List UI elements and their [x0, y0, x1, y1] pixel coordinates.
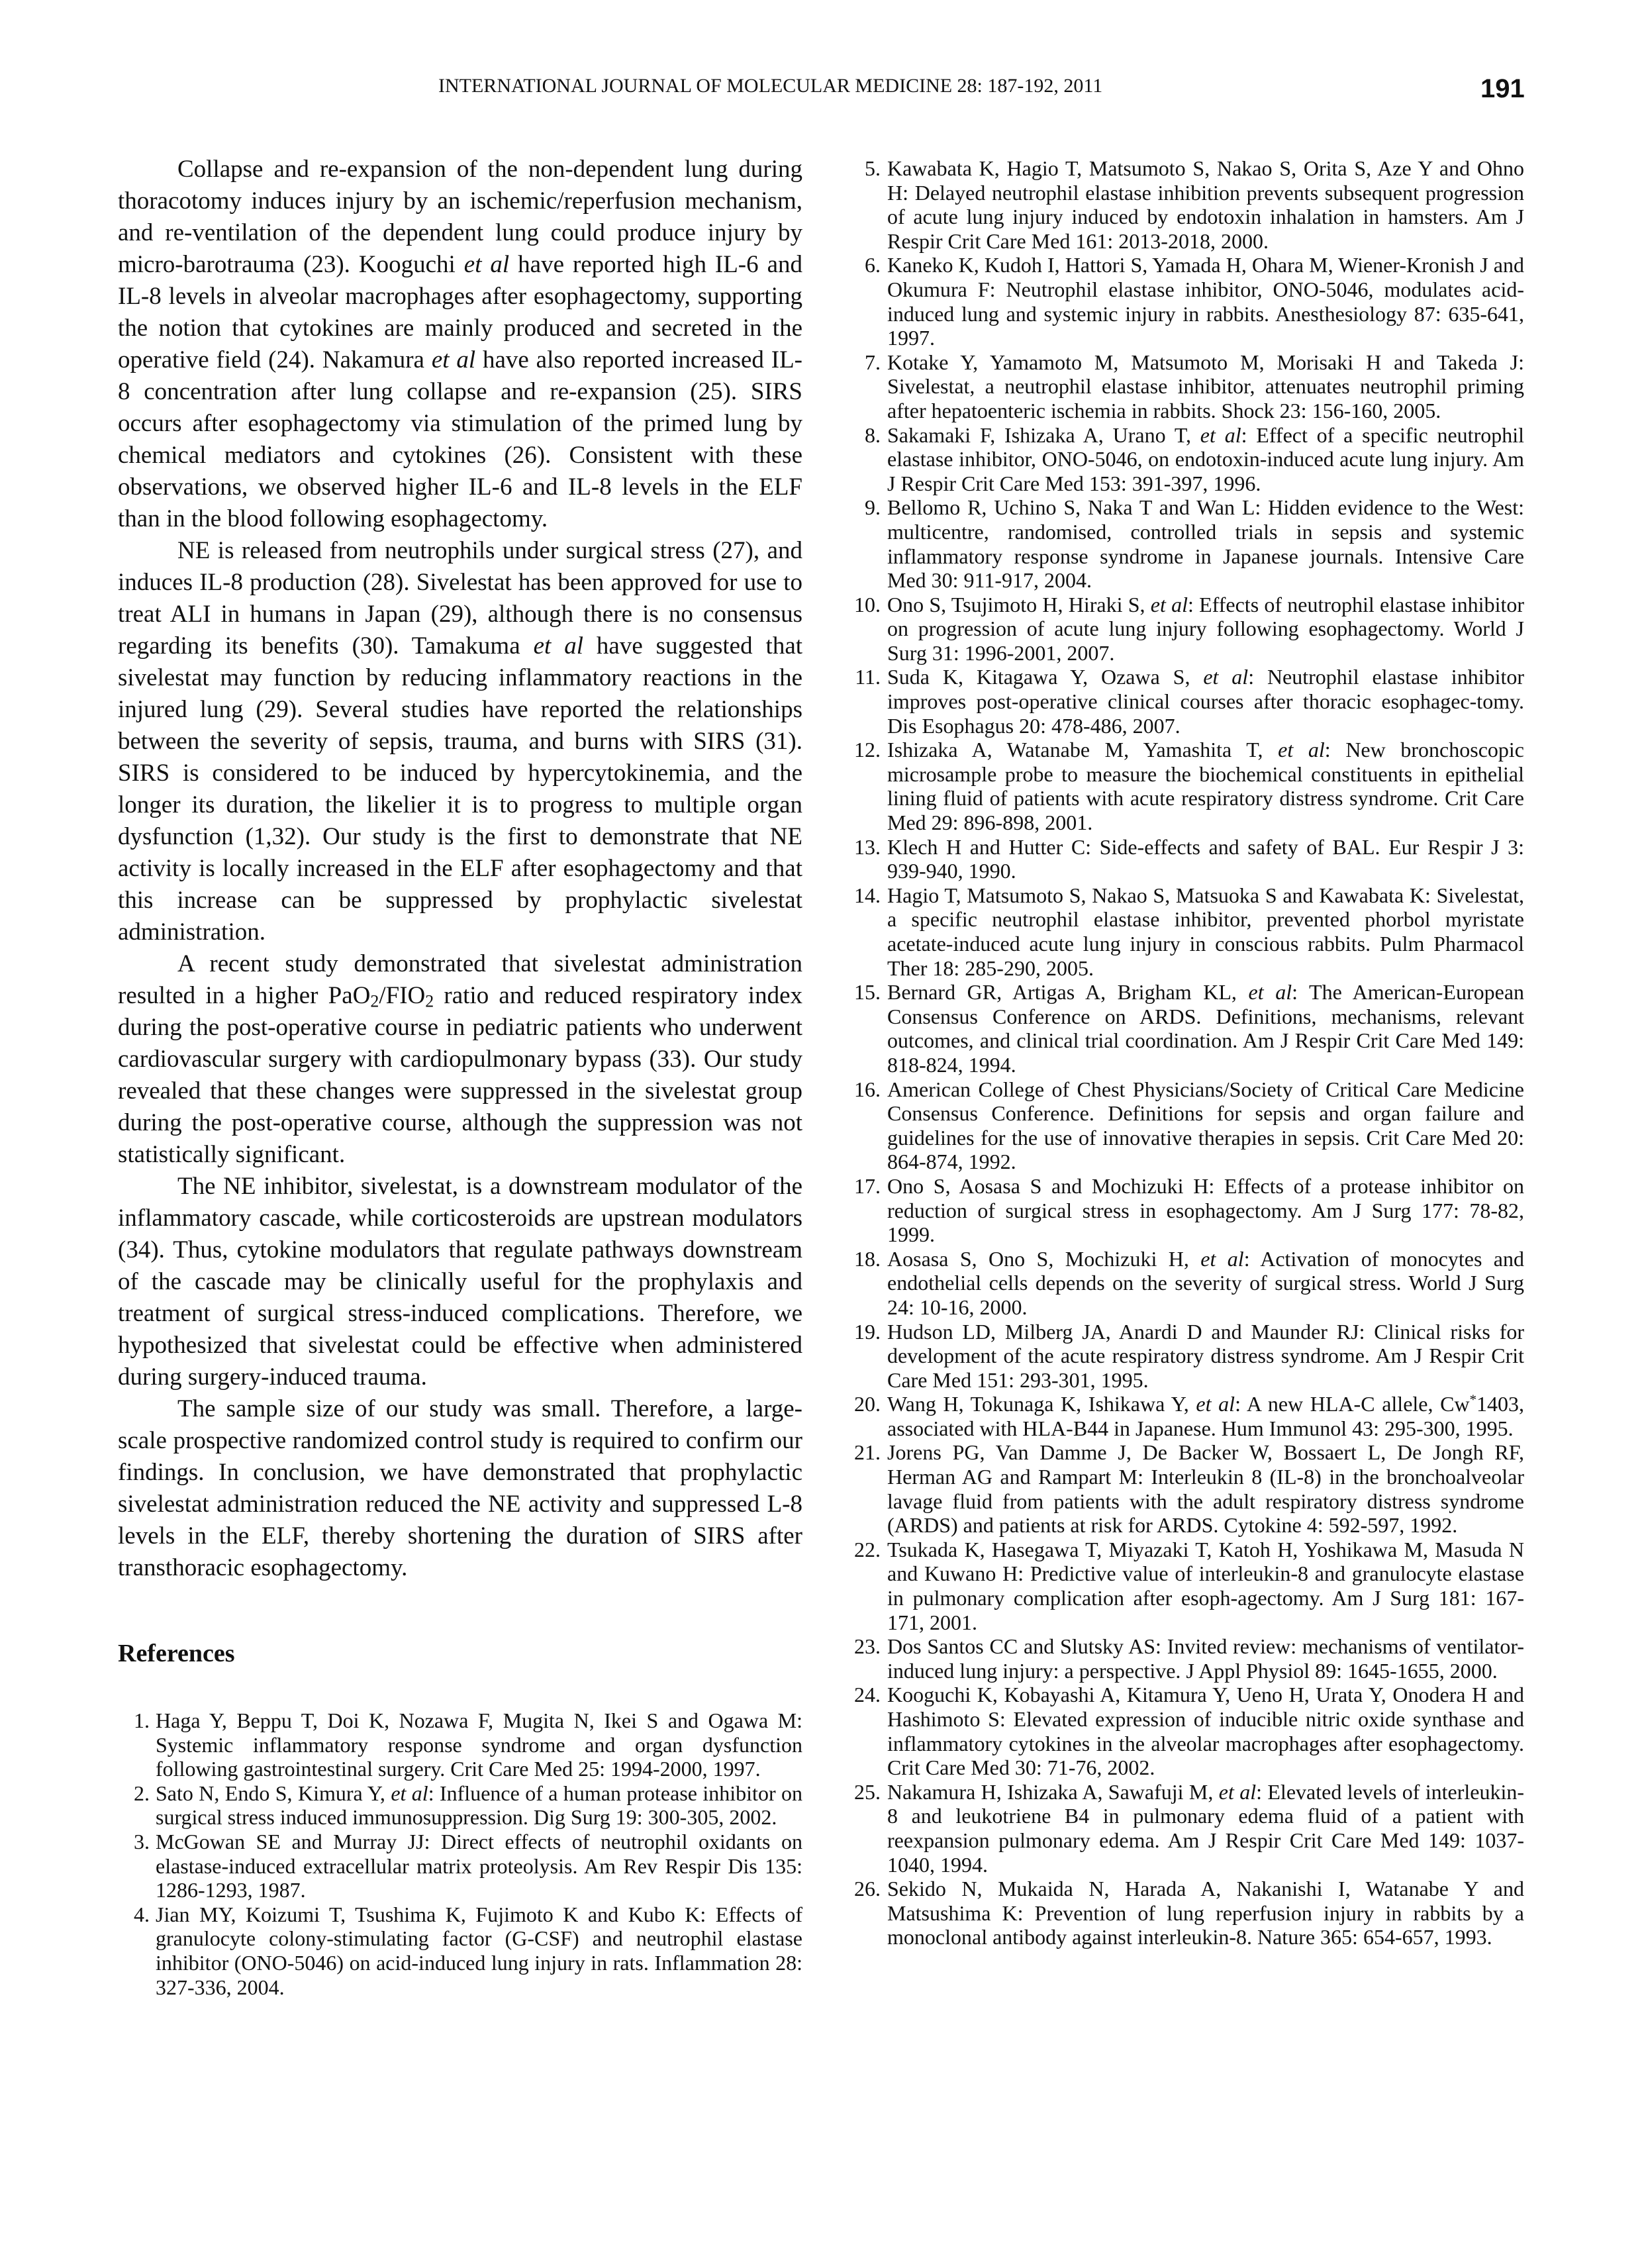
reference-item: 22.Tsukada K, Hasegawa T, Miyazaki T, Ka…	[850, 1538, 1524, 1634]
body-paragraph: NE is released from neutrophils under su…	[118, 535, 802, 948]
reference-text: Haga Y, Beppu T, Doi K, Nozawa F, Mugita…	[156, 1708, 802, 1781]
text-run: Suda K, Kitagawa Y, Ozawa S,	[887, 665, 1203, 689]
text-run: McGowan SE and Murray JJ: Direct effects…	[156, 1830, 802, 1902]
reference-text: Klech H and Hutter C: Side-effects and s…	[887, 835, 1524, 883]
italic-text: et al	[1151, 593, 1188, 616]
reference-number: 15.	[850, 980, 881, 1005]
text-run: Sakamaki F, Ishizaka A, Urano T,	[887, 423, 1200, 447]
text-run: Hagio T, Matsumoto S, Nakao S, Matsuoka …	[887, 883, 1524, 980]
running-head: INTERNATIONAL JOURNAL OF MOLECULAR MEDIC…	[438, 74, 1102, 98]
reference-item: 9.Bellomo R, Uchino S, Naka T and Wan L:…	[850, 495, 1524, 592]
reference-text: Nakamura H, Ishizaka A, Sawafuji M, et a…	[887, 1780, 1524, 1877]
text-run: Bellomo R, Uchino S, Naka T and Wan L: H…	[887, 495, 1524, 592]
body-paragraph: A recent study demonstrated that siveles…	[118, 948, 802, 1171]
reference-number: 11.	[850, 665, 881, 689]
reference-item: 4.Jian MY, Koizumi T, Tsushima K, Fujimo…	[118, 1902, 802, 1999]
reference-text: Sato N, Endo S, Kimura Y, et al: Influen…	[156, 1781, 802, 1830]
reference-item: 25.Nakamura H, Ishizaka A, Sawafuji M, e…	[850, 1780, 1524, 1877]
reference-item: 1.Haga Y, Beppu T, Doi K, Nozawa F, Mugi…	[118, 1708, 802, 1781]
reference-text: Bernard GR, Artigas A, Brigham KL, et al…	[887, 980, 1524, 1077]
page-number: 191	[1480, 74, 1525, 103]
reference-number: 12.	[850, 738, 881, 762]
body-paragraph: The NE inhibitor, sivelestat, is a downs…	[118, 1171, 802, 1393]
italic-text: et al	[1203, 665, 1248, 689]
reference-text: Sekido N, Mukaida N, Harada A, Nakanishi…	[887, 1877, 1524, 1949]
reference-number: 26.	[850, 1877, 881, 1901]
text-run: Sekido N, Mukaida N, Harada A, Nakanishi…	[887, 1877, 1524, 1949]
reference-text: Tsukada K, Hasegawa T, Miyazaki T, Katoh…	[887, 1538, 1524, 1634]
reference-item: 12.Ishizaka A, Watanabe M, Yamashita T, …	[850, 738, 1524, 834]
text-run: Ono S, Aosasa S and Mochizuki H: Effects…	[887, 1174, 1524, 1246]
text-run: Nakamura H, Ishizaka A, Sawafuji M,	[887, 1780, 1219, 1804]
reference-text: Hudson LD, Milberg JA, Anardi D and Maun…	[887, 1320, 1524, 1392]
reference-number: 19.	[850, 1320, 881, 1344]
text-run: have suggested that sivelestat may funct…	[118, 632, 802, 946]
text-run: Kooguchi K, Kobayashi A, Kitamura Y, Uen…	[887, 1683, 1524, 1779]
italic-text: et al	[534, 632, 583, 660]
reference-text: Hagio T, Matsumoto S, Nakao S, Matsuoka …	[887, 883, 1524, 980]
reference-number: 3.	[118, 1830, 150, 1854]
reference-item: 13.Klech H and Hutter C: Side-effects an…	[850, 835, 1524, 883]
italic-text: et al	[1249, 980, 1292, 1004]
italic-text: et al	[1196, 1392, 1235, 1416]
reference-text: Wang H, Tokunaga K, Ishikawa Y, et al: A…	[887, 1392, 1524, 1440]
reference-text: Jorens PG, Van Damme J, De Backer W, Bos…	[887, 1440, 1524, 1537]
reference-list-left: 1.Haga Y, Beppu T, Doi K, Nozawa F, Mugi…	[118, 1708, 802, 1999]
text-run: Aosasa S, Ono S, Mochizuki H,	[887, 1247, 1200, 1271]
italic-text: et al	[1200, 1247, 1243, 1271]
reference-item: 21.Jorens PG, Van Damme J, De Backer W, …	[850, 1440, 1524, 1537]
reference-item: 16.American College of Chest Physicians/…	[850, 1077, 1524, 1174]
text-run: Haga Y, Beppu T, Doi K, Nozawa F, Mugita…	[156, 1708, 802, 1781]
reference-item: 20.Wang H, Tokunaga K, Ishikawa Y, et al…	[850, 1392, 1524, 1440]
reference-text: Bellomo R, Uchino S, Naka T and Wan L: H…	[887, 495, 1524, 592]
reference-text: Kooguchi K, Kobayashi A, Kitamura Y, Uen…	[887, 1683, 1524, 1779]
reference-text: Sakamaki F, Ishizaka A, Urano T, et al: …	[887, 423, 1524, 495]
reference-number: 8.	[850, 423, 881, 448]
text-run: Jian MY, Koizumi T, Tsushima K, Fujimoto…	[156, 1902, 802, 1999]
reference-item: 26.Sekido N, Mukaida N, Harada A, Nakani…	[850, 1877, 1524, 1949]
text-run: Kaneko K, Kudoh I, Hattori S, Yamada H, …	[887, 253, 1524, 350]
left-column: Collapse and re-expansion of the non-dep…	[118, 154, 802, 1999]
reference-number: 23.	[850, 1634, 881, 1659]
reference-item: 23.Dos Santos CC and Slutsky AS: Invited…	[850, 1634, 1524, 1683]
superscript: *	[1470, 1393, 1476, 1408]
body-paragraph: The sample size of our study was small. …	[118, 1393, 802, 1584]
text-run: Wang H, Tokunaga K, Ishikawa Y,	[887, 1392, 1196, 1416]
reference-number: 25.	[850, 1780, 881, 1804]
reference-item: 2.Sato N, Endo S, Kimura Y, et al: Influ…	[118, 1781, 802, 1830]
italic-text: et al	[464, 251, 509, 278]
reference-item: 19.Hudson LD, Milberg JA, Anardi D and M…	[850, 1320, 1524, 1393]
reference-number: 17.	[850, 1174, 881, 1199]
reference-text: Kotake Y, Yamamoto M, Matsumoto M, Moris…	[887, 350, 1524, 422]
text-run: Dos Santos CC and Slutsky AS: Invited re…	[887, 1634, 1524, 1683]
reference-number: 24.	[850, 1683, 881, 1707]
reference-number: 10.	[850, 593, 881, 617]
discussion-body: Collapse and re-expansion of the non-dep…	[118, 154, 802, 1584]
reference-number: 7.	[850, 350, 881, 375]
reference-text: Kawabata K, Hagio T, Matsumoto S, Nakao …	[887, 156, 1524, 253]
text-run: Ono S, Tsujimoto H, Hiraki S,	[887, 593, 1151, 616]
reference-number: 4.	[118, 1902, 150, 1927]
reference-number: 16.	[850, 1077, 881, 1102]
reference-item: 5.Kawabata K, Hagio T, Matsumoto S, Naka…	[850, 156, 1524, 253]
reference-text: Ono S, Aosasa S and Mochizuki H: Effects…	[887, 1174, 1524, 1246]
reference-number: 20.	[850, 1392, 881, 1416]
reference-item: 7.Kotake Y, Yamamoto M, Matsumoto M, Mor…	[850, 350, 1524, 423]
italic-text: et al	[1200, 423, 1241, 447]
italic-text: et al	[391, 1781, 428, 1805]
text-run: American College of Chest Physicians/Soc…	[887, 1077, 1524, 1174]
reference-number: 21.	[850, 1440, 881, 1465]
reference-text: Jian MY, Koizumi T, Tsushima K, Fujimoto…	[156, 1902, 802, 1999]
text-run: have also reported increased IL-8 concen…	[118, 346, 802, 532]
reference-item: 24.Kooguchi K, Kobayashi A, Kitamura Y, …	[850, 1683, 1524, 1779]
text-run: Hudson LD, Milberg JA, Anardi D and Maun…	[887, 1320, 1524, 1392]
reference-text: Ishizaka A, Watanabe M, Yamashita T, et …	[887, 738, 1524, 834]
text-run: : A new HLA-C allele, Cw	[1235, 1392, 1470, 1416]
reference-item: 6.Kaneko K, Kudoh I, Hattori S, Yamada H…	[850, 253, 1524, 350]
reference-item: 18.Aosasa S, Ono S, Mochizuki H, et al: …	[850, 1247, 1524, 1320]
reference-number: 6.	[850, 253, 881, 277]
reference-number: 2.	[118, 1781, 150, 1806]
subscript: 2	[425, 992, 434, 1011]
right-column: 5.Kawabata K, Hagio T, Matsumoto S, Naka…	[850, 156, 1524, 1949]
text-run: Jorens PG, Van Damme J, De Backer W, Bos…	[887, 1440, 1524, 1537]
reference-text: Ono S, Tsujimoto H, Hiraki S, et al: Eff…	[887, 593, 1524, 665]
text-run: Klech H and Hutter C: Side-effects and s…	[887, 835, 1524, 883]
italic-text: et al	[432, 346, 475, 373]
references-heading: References	[118, 1638, 802, 1669]
italic-text: et al	[1278, 738, 1325, 762]
reference-text: McGowan SE and Murray JJ: Direct effects…	[156, 1830, 802, 1902]
text-run: /FIO	[379, 982, 425, 1009]
text-run: Sato N, Endo S, Kimura Y,	[156, 1781, 391, 1805]
subscript: 2	[370, 992, 379, 1011]
text-run: Kawabata K, Hagio T, Matsumoto S, Nakao …	[887, 156, 1524, 253]
reference-number: 14.	[850, 883, 881, 908]
body-paragraph: Collapse and re-expansion of the non-dep…	[118, 154, 802, 535]
text-run: ratio and reduced respiratory index duri…	[118, 982, 802, 1168]
reference-item: 3.McGowan SE and Murray JJ: Direct effec…	[118, 1830, 802, 1902]
reference-text: Kaneko K, Kudoh I, Hattori S, Yamada H, …	[887, 253, 1524, 350]
reference-text: American College of Chest Physicians/Soc…	[887, 1077, 1524, 1174]
text-run: Kotake Y, Yamamoto M, Matsumoto M, Moris…	[887, 350, 1524, 422]
italic-text: et al	[1219, 1780, 1256, 1804]
reference-list-right: 5.Kawabata K, Hagio T, Matsumoto S, Naka…	[850, 156, 1524, 1949]
reference-text: Aosasa S, Ono S, Mochizuki H, et al: Act…	[887, 1247, 1524, 1319]
text-run: Bernard GR, Artigas A, Brigham KL,	[887, 980, 1249, 1004]
text-run: The NE inhibitor, sivelestat, is a downs…	[118, 1173, 802, 1391]
reference-number: 22.	[850, 1538, 881, 1562]
reference-text: Dos Santos CC and Slutsky AS: Invited re…	[887, 1634, 1524, 1683]
reference-text: Suda K, Kitagawa Y, Ozawa S, et al: Neut…	[887, 665, 1524, 737]
reference-item: 10.Ono S, Tsujimoto H, Hiraki S, et al: …	[850, 593, 1524, 666]
reference-number: 13.	[850, 835, 881, 860]
text-run: The sample size of our study was small. …	[118, 1395, 802, 1581]
text-run: Ishizaka A, Watanabe M, Yamashita T,	[887, 738, 1278, 762]
reference-item: 17.Ono S, Aosasa S and Mochizuki H: Effe…	[850, 1174, 1524, 1247]
text-run: Tsukada K, Hasegawa T, Miyazaki T, Katoh…	[887, 1538, 1524, 1634]
reference-item: 8.Sakamaki F, Ishizaka A, Urano T, et al…	[850, 423, 1524, 496]
reference-number: 1.	[118, 1708, 150, 1733]
reference-number: 9.	[850, 495, 881, 520]
reference-item: 11.Suda K, Kitagawa Y, Ozawa S, et al: N…	[850, 665, 1524, 738]
reference-item: 15.Bernard GR, Artigas A, Brigham KL, et…	[850, 980, 1524, 1077]
reference-number: 18.	[850, 1247, 881, 1271]
reference-number: 5.	[850, 156, 881, 181]
reference-item: 14.Hagio T, Matsumoto S, Nakao S, Matsuo…	[850, 883, 1524, 980]
